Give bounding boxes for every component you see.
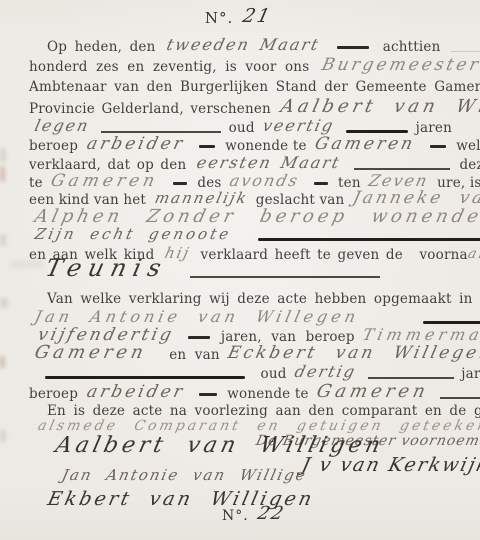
handwritten-date: tweeden Maart <box>165 36 322 53</box>
act-number-label: N°. <box>205 9 233 27</box>
handwritten-place: Gameren <box>33 344 149 361</box>
handwritten-mother-details: Alphen Zonder beroep wonende te Gam <box>33 208 480 225</box>
blank-rule <box>45 376 245 380</box>
act-line: Op heden, den tweeden Maart achttien <box>47 37 480 56</box>
blank-rule <box>354 168 450 170</box>
bleed-mark <box>0 430 6 442</box>
act-number-header: N°. 21 <box>0 9 480 27</box>
printed-text: wonende te <box>225 138 306 154</box>
act-line: Zijn echt genoote <box>31 227 480 245</box>
printed-text: achttien <box>383 39 441 55</box>
printed-text: voorna <box>419 247 467 263</box>
act-number-value: 21 <box>241 8 273 25</box>
printed-text: jaren, <box>461 366 480 382</box>
printed-text: jaren <box>416 120 452 136</box>
ink-dash <box>199 393 217 396</box>
handwritten-birthdate: eersten Maart <box>195 154 343 171</box>
act-line: Ambtenaar van den Burgerlijken Stand der… <box>29 79 480 96</box>
signature-comparant: Aalbert van Willigen <box>54 437 386 454</box>
act-line: Van welke verklaring wij deze acte hebbe… <box>47 291 480 308</box>
act-number-footer: N°. 22 <box>222 506 289 525</box>
printed-text: beroep <box>29 386 78 402</box>
handwritten-mother-name: Janneke van <box>351 190 480 207</box>
handwritten-time-of-day: avonds <box>228 172 301 189</box>
act-line: Provincie Gelderland, verschenen Aalbert… <box>29 99 480 118</box>
blank-rule <box>423 321 480 325</box>
blank-rule <box>440 397 480 399</box>
handwritten-age: veertig <box>261 117 336 134</box>
handwritten-name-continued: legen <box>33 117 92 134</box>
act-line: beroep arbeider wonende te Gameren <box>29 384 480 403</box>
handwritten-child-name: Teunis <box>44 260 169 277</box>
blank-rule <box>368 377 454 379</box>
printed-text: Van welke verklaring wij deze acte hebbe… <box>47 291 480 307</box>
ink-dash <box>337 46 369 50</box>
printed-text: en van <box>169 347 220 363</box>
ink-dash <box>430 145 446 148</box>
handwritten-gender: mannelijk <box>153 190 250 207</box>
act-line-child-name: Teunis <box>42 261 383 282</box>
handwritten-hour: Zeven <box>367 172 430 189</box>
printed-text: welke ons <box>456 138 480 154</box>
handwritten-witness2-name: Eckbert van Willegen <box>226 345 480 362</box>
birth-certificate-scan: N°. 21 Op heden, den tweeden Maart achtt… <box>0 0 480 540</box>
bleed-mark <box>0 166 5 182</box>
signature-line: J v van Kerkwijk <box>298 458 480 477</box>
printed-text: te <box>29 175 43 191</box>
printed-text: honderd zes en zeventig, is voor ons <box>29 59 309 75</box>
handwritten-witness1-occupation: Timmerman <box>361 326 480 343</box>
handwritten-comparant-name: Aalbert van Wil <box>279 98 480 115</box>
printed-text: Provincie Gelderland, verschenen <box>29 101 271 117</box>
ink-dash <box>188 336 210 339</box>
handwritten-official: Burgemeester <box>320 57 480 74</box>
printed-text: oud <box>229 120 255 136</box>
act-line: Gameren en van Eckbert van Willegen <box>31 345 480 364</box>
printed-text: Op heden, den <box>47 39 156 55</box>
printed-text: Ambtenaar van den Burgerlijken Stand der… <box>29 79 480 95</box>
signature-burgemeester: J v van Kerkwijk <box>300 457 480 474</box>
blank-rule <box>451 51 480 52</box>
printed-text: En is deze acte na voorlezing aan den co… <box>47 403 480 419</box>
printed-text: wonende te <box>227 386 308 402</box>
handwritten-place: Gameren <box>49 173 160 190</box>
signature-witness1: Jan Antonie van Willige <box>60 467 309 484</box>
act-number-label: N°. <box>222 508 249 524</box>
printed-text: dezes <box>459 157 480 173</box>
blank-rule <box>190 276 380 278</box>
handwritten-place: Gameren <box>313 136 417 153</box>
act-number-value: 22 <box>257 505 288 522</box>
ink-dash <box>199 145 215 148</box>
signature-line: Jan Antonie van Willige <box>58 468 311 486</box>
blank-rule <box>258 238 480 242</box>
handwritten-witness2-occupation: arbeider <box>85 384 187 401</box>
ink-dash <box>173 182 187 185</box>
blank-rule <box>346 130 408 134</box>
handwritten-spouse-note: Zijn echt genoote <box>33 226 233 243</box>
bleed-mark <box>0 148 6 162</box>
handwritten-occupation: arbeider <box>85 136 187 153</box>
ink-dash <box>314 182 328 185</box>
bleed-mark <box>0 356 5 368</box>
printed-text: oud <box>261 366 287 382</box>
bleed-mark <box>0 234 6 246</box>
handwritten-witness1-name: Jan Antonie van Willegen <box>33 308 361 325</box>
handwritten-place: Gameren <box>315 383 431 400</box>
bleed-mark <box>0 298 8 308</box>
act-line: honderd zes en zeventig, is voor ons Bur… <box>29 58 480 76</box>
handwritten-witness2-age: dertig <box>293 363 358 380</box>
printed-text: beroep <box>29 138 78 154</box>
blank-rule <box>101 131 221 133</box>
